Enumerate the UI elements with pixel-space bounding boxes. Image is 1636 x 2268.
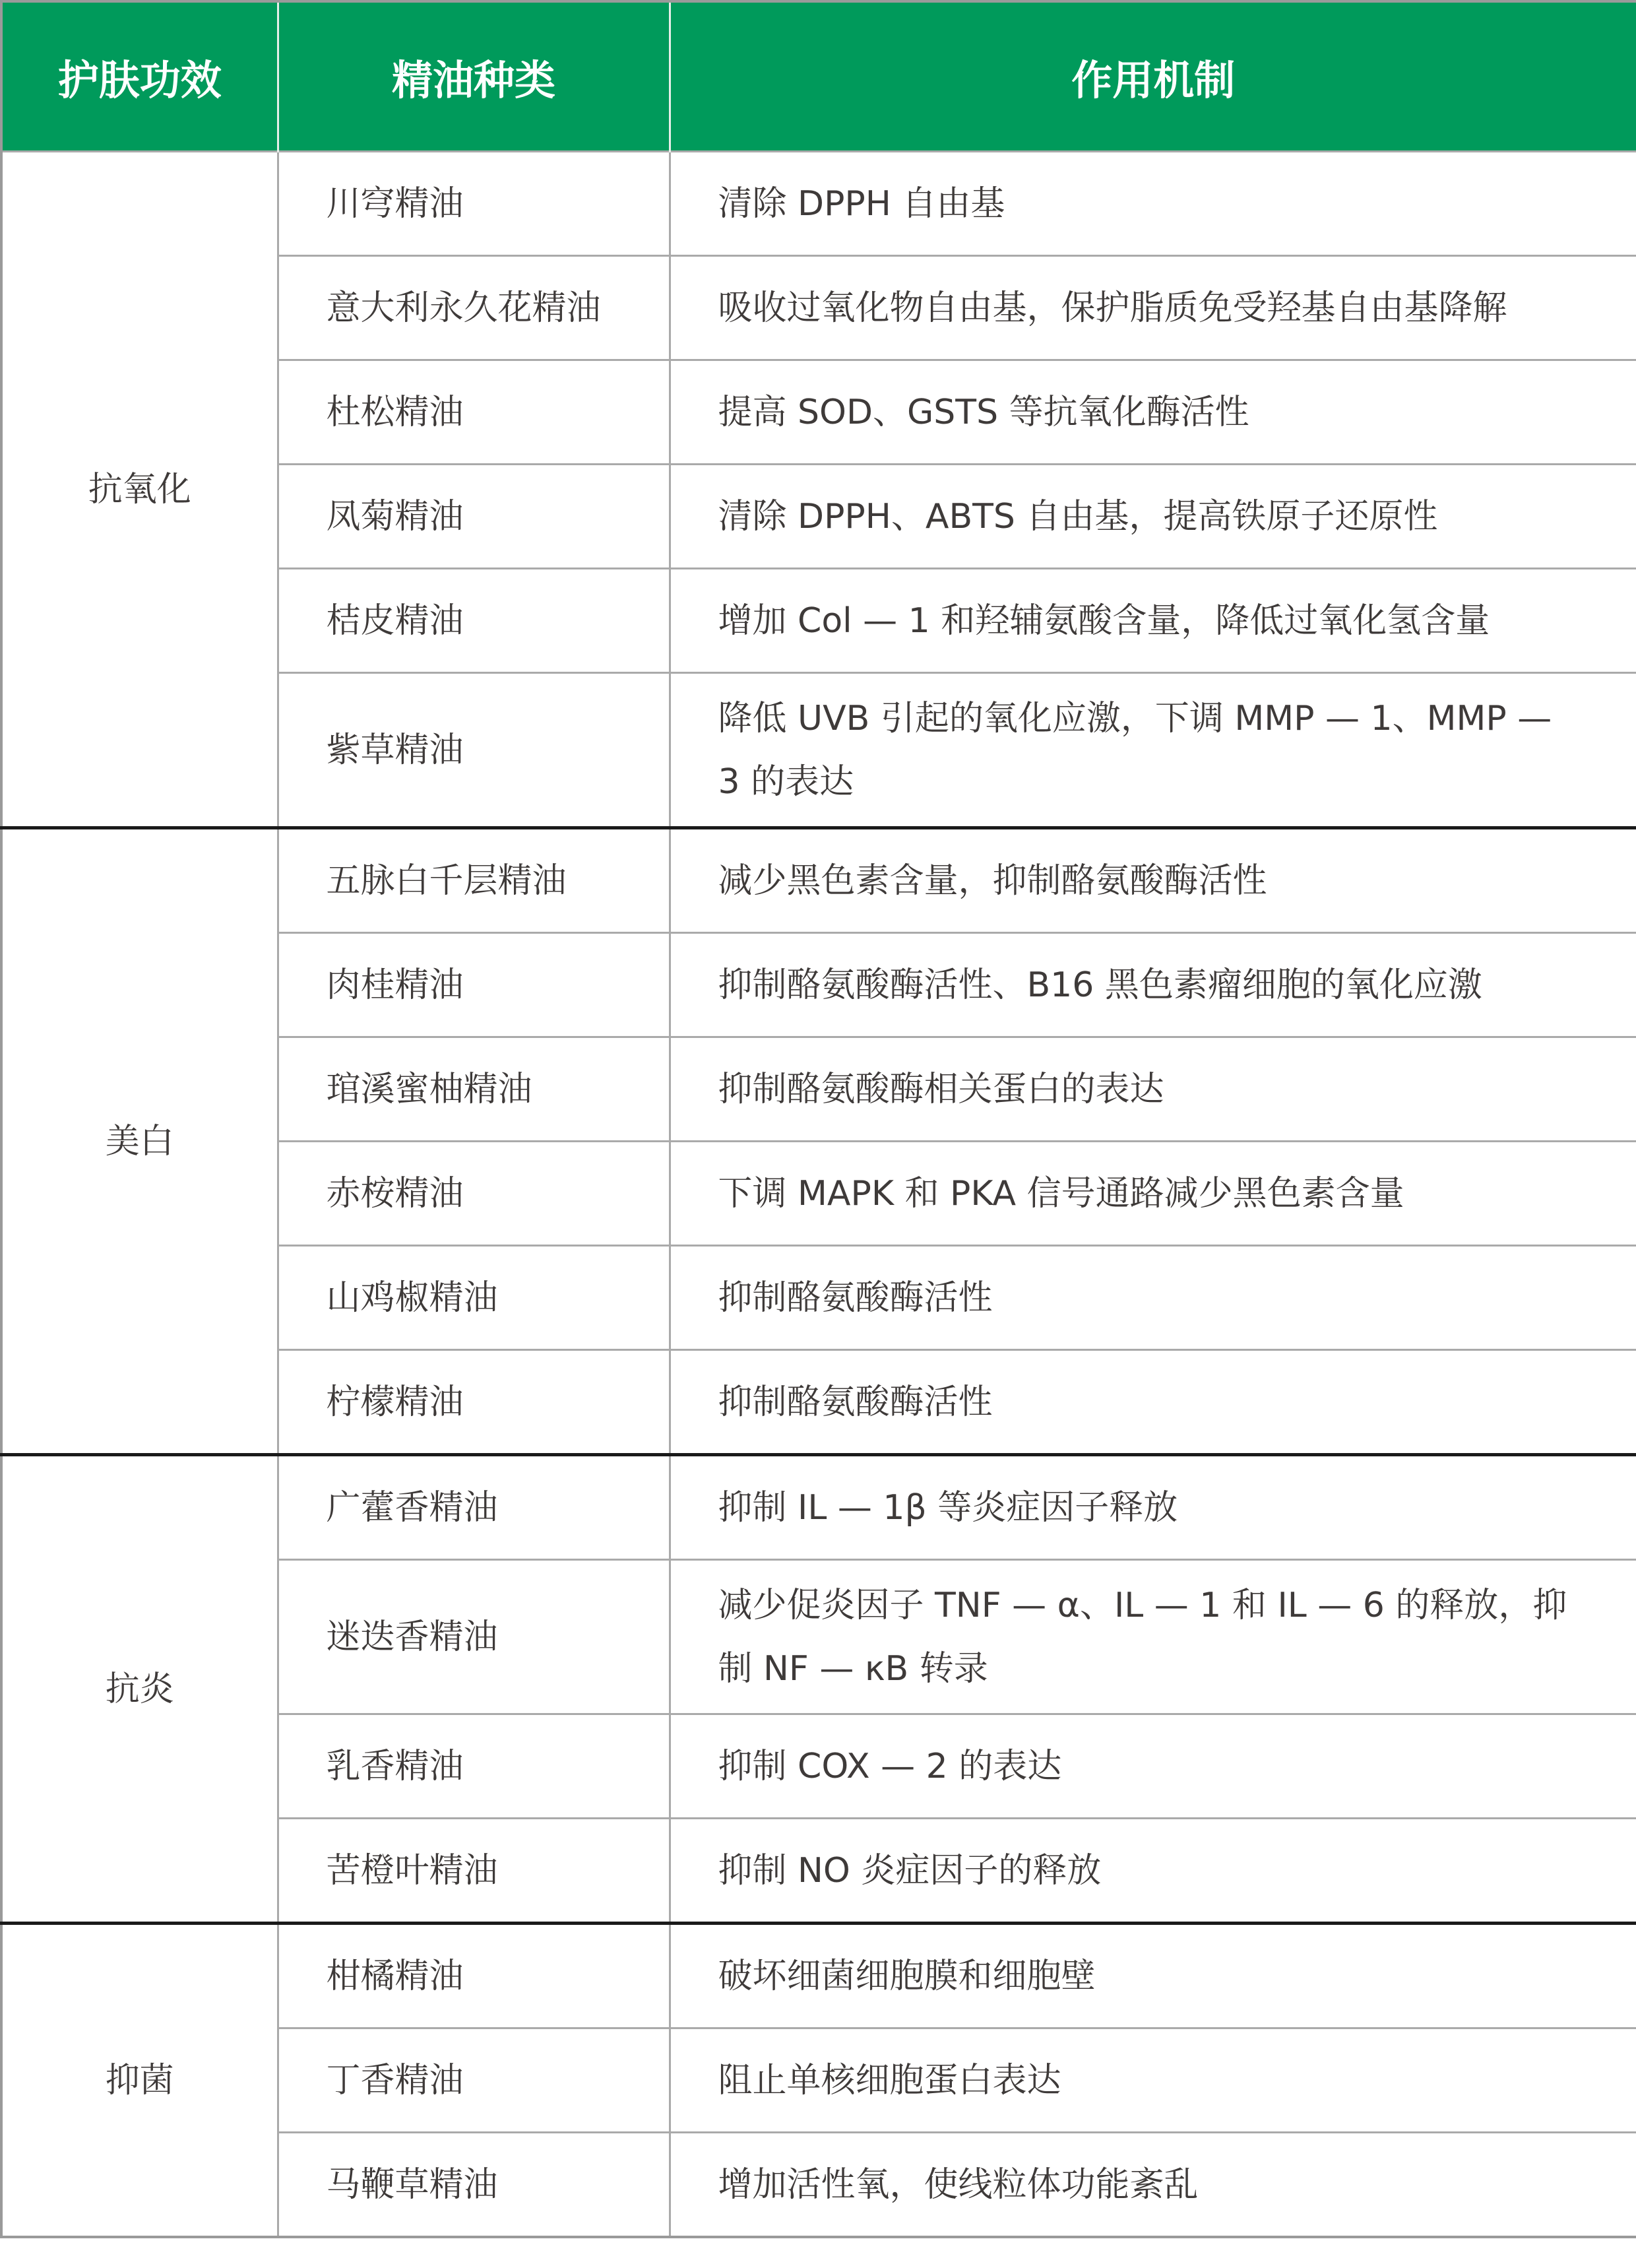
mechanism-cell: 抑制酪氨酸酶相关蛋白的表达 <box>670 1037 1636 1142</box>
oil-cell: 紫草精油 <box>278 673 670 828</box>
table-row: 抗炎 广藿香精油 抑制 IL — 1β 等炎症因子释放 <box>1 1455 1636 1560</box>
oil-cell: 意大利永久花精油 <box>278 256 670 360</box>
mechanism-cell: 降低 UVB 引起的氧化应激，下调 MMP — 1、MMP — 3 的表达 <box>670 673 1636 828</box>
oil-cell: 川穹精油 <box>278 152 670 256</box>
oil-cell: 柠檬精油 <box>278 1350 670 1455</box>
mechanism-cell: 抑制酪氨酸酶活性 <box>670 1246 1636 1350</box>
mechanism-cell: 阻止单核细胞蛋白表达 <box>670 2028 1636 2133</box>
oil-cell: 五脉白千层精油 <box>278 828 670 933</box>
oil-cell: 丁香精油 <box>278 2028 670 2133</box>
header-mechanism: 作用机制 <box>670 1 1636 152</box>
oil-cell: 迷迭香精油 <box>278 1560 670 1714</box>
oil-cell: 杜松精油 <box>278 360 670 465</box>
mechanism-cell: 抑制 NO 炎症因子的释放 <box>670 1819 1636 1924</box>
mechanism-cell: 减少促炎因子 TNF — α、IL — 1 和 IL — 6 的释放，抑制 NF… <box>670 1560 1636 1714</box>
header-row: 护肤功效 精油种类 作用机制 <box>1 1 1636 152</box>
oil-cell: 广藿香精油 <box>278 1455 670 1560</box>
mechanism-text: 降低 UVB 引起的氧化应激，下调 MMP — 1、MMP — 3 的表达 <box>718 699 1552 802</box>
header-oil-type: 精油种类 <box>278 1 670 152</box>
oil-cell: 山鸡椒精油 <box>278 1246 670 1350</box>
oil-cell: 桔皮精油 <box>278 569 670 673</box>
mechanism-cell: 提高 SOD、GSTS 等抗氧化酶活性 <box>670 360 1636 465</box>
oil-cell: 赤桉精油 <box>278 1142 670 1246</box>
mechanism-cell: 抑制 IL — 1β 等炎症因子释放 <box>670 1455 1636 1560</box>
essential-oil-table: 护肤功效 精油种类 作用机制 抗氧化 川穹精油 清除 DPPH 自由基 意大利永… <box>0 0 1636 2238</box>
table-row: 美白 五脉白千层精油 减少黑色素含量，抑制酪氨酸酶活性 <box>1 828 1636 933</box>
mechanism-cell: 破坏细菌细胞膜和细胞壁 <box>670 1924 1636 2028</box>
mechanism-cell: 下调 MAPK 和 PKA 信号通路减少黑色素含量 <box>670 1142 1636 1246</box>
header-effect: 护肤功效 <box>1 1 278 152</box>
mechanism-cell: 增加活性氧，使线粒体功能紊乱 <box>670 2133 1636 2238</box>
mechanism-cell: 吸收过氧化物自由基，保护脂质免受羟基自由基降解 <box>670 256 1636 360</box>
oil-cell: 柑橘精油 <box>278 1924 670 2028</box>
oil-cell: 凤菊精油 <box>278 465 670 569</box>
mechanism-cell: 抑制酪氨酸酶活性、B16 黑色素瘤细胞的氧化应激 <box>670 933 1636 1037</box>
oil-cell: 肉桂精油 <box>278 933 670 1037</box>
mechanism-cell: 清除 DPPH 自由基 <box>670 152 1636 256</box>
table-row: 抗氧化 川穹精油 清除 DPPH 自由基 <box>1 152 1636 256</box>
category-cell: 抗炎 <box>1 1455 278 1924</box>
mechanism-cell: 抑制酪氨酸酶活性 <box>670 1350 1636 1455</box>
mechanism-cell: 减少黑色素含量，抑制酪氨酸酶活性 <box>670 828 1636 933</box>
mechanism-cell: 抑制 COX — 2 的表达 <box>670 1714 1636 1819</box>
category-cell: 抗氧化 <box>1 152 278 828</box>
category-cell: 美白 <box>1 828 278 1455</box>
mechanism-cell: 增加 Col — 1 和羟辅氨酸含量，降低过氧化氢含量 <box>670 569 1636 673</box>
mechanism-text: 减少促炎因子 TNF — α、IL — 1 和 IL — 6 的释放，抑制 NF… <box>718 1586 1567 1689</box>
oil-cell: 苦橙叶精油 <box>278 1819 670 1924</box>
oil-cell: 乳香精油 <box>278 1714 670 1819</box>
category-cell: 抑菌 <box>1 1924 278 2238</box>
oil-cell: 马鞭草精油 <box>278 2133 670 2238</box>
mechanism-cell: 清除 DPPH、ABTS 自由基，提高铁原子还原性 <box>670 465 1636 569</box>
oil-cell: 琯溪蜜柚精油 <box>278 1037 670 1142</box>
table-row: 抑菌 柑橘精油 破坏细菌细胞膜和细胞壁 <box>1 1924 1636 2028</box>
